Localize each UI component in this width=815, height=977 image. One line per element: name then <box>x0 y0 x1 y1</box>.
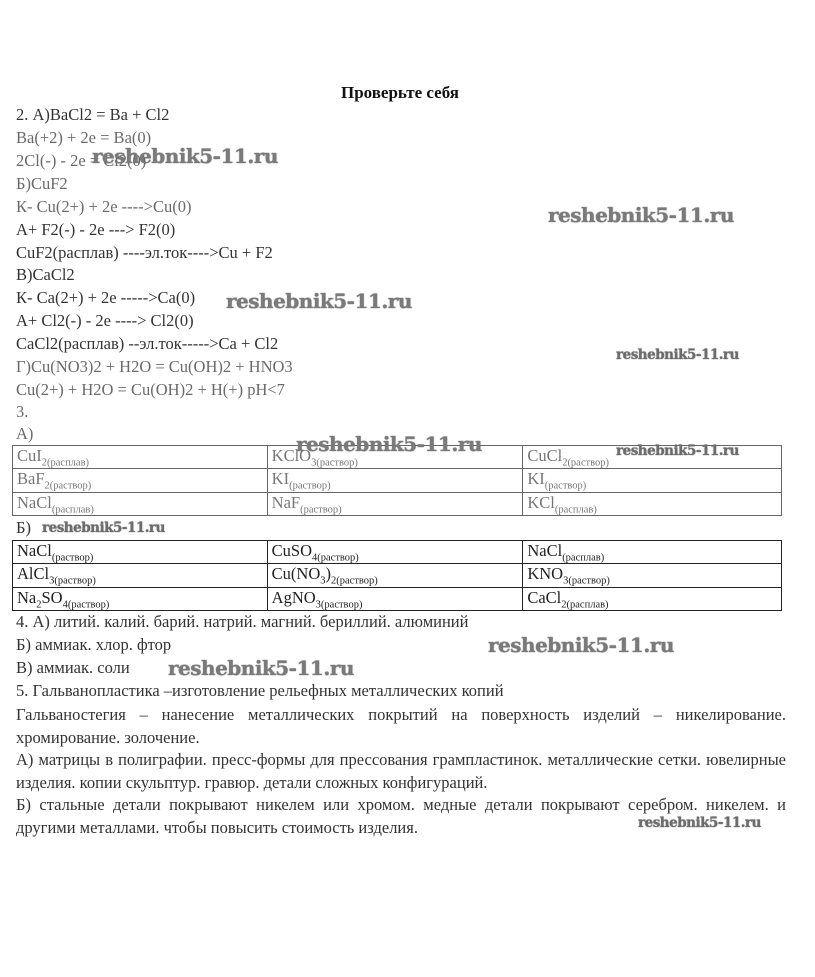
watermark: reshebnik5-11.ru <box>92 144 278 168</box>
formula-cell: KI(раствор) <box>267 469 523 492</box>
text-line: 5. Гальванопластика –изготовление рельеф… <box>16 681 504 701</box>
text-line: К- Cu(2+) + 2e ---->Cu(0) <box>16 197 191 217</box>
document-page: Проверьте себя 2. А)BaCl2 = Ba + Cl2 Ba(… <box>0 0 815 977</box>
table-row: NaCl(раствор)CuSO4(раствор)NaCl(расплав) <box>13 541 782 564</box>
text-line: 4. А) литий. калий. барий. натрий. магни… <box>16 612 468 632</box>
formula-cell: AgNO3(раствор) <box>267 587 523 610</box>
watermark: reshebnik5-11.ru <box>488 633 674 657</box>
table-b: NaCl(раствор)CuSO4(раствор)NaCl(расплав)… <box>12 540 782 611</box>
watermark: reshebnik5-11.ru <box>616 347 739 363</box>
watermark: reshebnik5-11.ru <box>616 443 739 459</box>
text-line: 3. <box>16 402 28 422</box>
text-line: К- Ca(2+) + 2e ----->Ca(0) <box>16 288 195 308</box>
text-line: A+ Cl2(-) - 2e ----> Cl2(0) <box>16 311 194 331</box>
table-row: BaF2(раствор)KI(раствор)KI(раствор) <box>13 469 782 492</box>
watermark: reshebnik5-11.ru <box>296 432 482 456</box>
formula-cell: KCl(расплав) <box>523 492 782 515</box>
section-label-b: Б) <box>16 518 31 538</box>
page-title: Проверьте себя <box>0 83 800 103</box>
text-line: В)CaCl2 <box>16 265 75 285</box>
text-line: Б)CuF2 <box>16 174 68 194</box>
formula-cell: CaCl2(расплав) <box>523 587 782 610</box>
watermark: reshebnik5-11.ru <box>42 520 165 536</box>
watermark: reshebnik5-11.ru <box>226 289 412 313</box>
text-line: A+ F2(-) - 2e ---> F2(0) <box>16 220 175 240</box>
formula-cell: NaCl(расплав) <box>13 492 268 515</box>
paragraph: А) матрицы в полиграфии. пресс-формы для… <box>16 749 786 794</box>
table-row: NaCl(расплав)NaF(раствор)KCl(расплав) <box>13 492 782 515</box>
watermark: reshebnik5-11.ru <box>638 815 761 831</box>
watermark: reshebnik5-11.ru <box>548 203 734 227</box>
formula-cell: Cu(NO3)2(раствор) <box>267 564 523 587</box>
formula-cell: CuSO4(раствор) <box>267 541 523 564</box>
formula-cell: KNO3(раствор) <box>523 564 782 587</box>
text-line: Б) аммиак. хлор. фтор <box>16 635 171 655</box>
table-row: Na2SO4(раствор)AgNO3(раствор)CaCl2(распл… <box>13 587 782 610</box>
text-line: В) аммиак. соли <box>16 658 130 678</box>
formula-cell: NaF(раствор) <box>267 492 523 515</box>
formula-cell: CuI2(расплав) <box>13 446 268 469</box>
text-line: Г)Cu(NO3)2 + H2O = Cu(OH)2 + HNO3 <box>16 357 293 377</box>
text-line: 2. А)BaCl2 = Ba + Cl2 <box>16 105 169 125</box>
formula-cell: Na2SO4(раствор) <box>13 587 268 610</box>
table-row: AlCl3(раствор)Cu(NO3)2(раствор)KNO3(раст… <box>13 564 782 587</box>
formula-cell: NaCl(расплав) <box>523 541 782 564</box>
text-line: А) <box>16 424 33 444</box>
watermark: reshebnik5-11.ru <box>168 656 354 680</box>
text-line: CuF2(расплав) ----эл.ток---->Cu + F2 <box>16 243 273 263</box>
text-line: Cu(2+) + H2O = Cu(OH)2 + H(+) pH<7 <box>16 380 285 400</box>
formula-cell: NaCl(раствор) <box>13 541 268 564</box>
paragraph: Гальваностегия – нанесение металлических… <box>16 704 786 749</box>
text-line: CaCl2(расплав) --эл.ток----->Ca + Cl2 <box>16 334 278 354</box>
formula-cell: AlCl3(раствор) <box>13 564 268 587</box>
formula-cell: BaF2(раствор) <box>13 469 268 492</box>
formula-cell: KI(раствор) <box>523 469 782 492</box>
